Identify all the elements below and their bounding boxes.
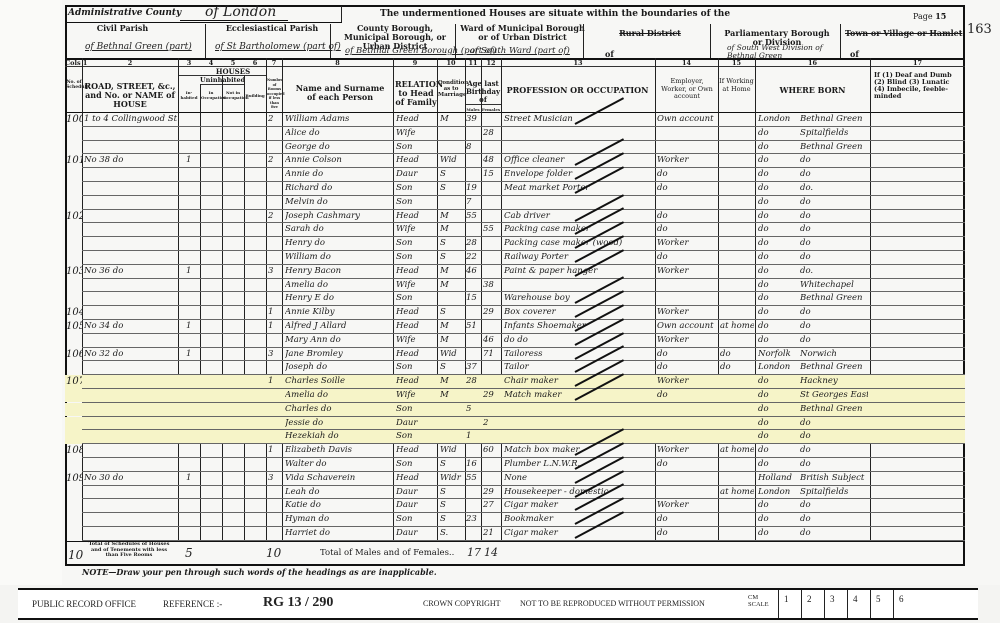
birth-place: do — [800, 320, 868, 333]
rural-district-label: Rural District — [600, 29, 700, 38]
age-female: 71 — [483, 348, 500, 361]
working-at-home — [720, 141, 754, 154]
birth-county: do — [758, 513, 798, 526]
working-at-home — [720, 279, 754, 292]
marital-condition: M — [440, 113, 464, 126]
birth-place: do — [800, 334, 868, 347]
rooms-count — [268, 458, 282, 471]
infirmity — [872, 292, 962, 305]
relation: Son — [396, 430, 436, 443]
schedule-number — [66, 223, 82, 236]
employment-status — [657, 417, 717, 430]
relation: Son — [396, 403, 436, 416]
scale-mark: 6 — [893, 590, 915, 618]
age-female — [483, 141, 500, 154]
birth-county: London — [758, 486, 798, 499]
marital-condition: S. — [440, 527, 464, 540]
schedule-number — [66, 417, 82, 430]
census-row: 106No 32 do13Jane BromleyHeadWid71Tailor… — [65, 348, 965, 361]
females-total: 14 — [484, 546, 498, 559]
age-male — [466, 348, 481, 361]
relation: Wife — [396, 279, 436, 292]
rooms-count — [268, 196, 282, 209]
working-at-home — [720, 168, 754, 181]
address: No 36 do — [84, 265, 178, 278]
age-female — [483, 113, 500, 126]
address — [84, 237, 178, 250]
birth-county: London — [758, 361, 798, 374]
civil-parish-value: of Bethnal Green (part) — [85, 42, 192, 52]
employment-status: Own account — [657, 320, 717, 333]
occupation — [504, 417, 654, 430]
person-name: Elizabeth Davis — [285, 444, 392, 457]
employment-status — [657, 279, 717, 292]
census-row: Hyman doSonS23Bookmakerdododo — [65, 513, 965, 526]
birth-county: London — [758, 113, 798, 126]
schedule-number — [66, 182, 82, 195]
census-row: Harriet doDaurS.21Cigar makerdododo — [65, 527, 965, 540]
schedule-number — [66, 141, 82, 154]
birth-county: do — [758, 182, 798, 195]
inhabited-count: 1 — [186, 472, 198, 485]
working-at-home — [720, 154, 754, 167]
census-row: Melvin doSon7dodo — [65, 196, 965, 209]
infirmity — [872, 472, 962, 485]
infirmity — [872, 141, 962, 154]
col-occupation-header: PROFESSION OR OCCUPATION — [505, 86, 650, 95]
employment-status — [657, 141, 717, 154]
age-female: 2 — [483, 417, 500, 430]
employment-status: Worker — [657, 444, 717, 457]
census-row: Annie doDaurS15Envelope folderdododo — [65, 168, 965, 181]
person-name: William do — [285, 251, 392, 264]
inhabited-count — [186, 223, 198, 236]
relation: Daur — [396, 527, 436, 540]
person-name: George do — [285, 141, 392, 154]
birth-county: do — [758, 458, 798, 471]
age-female: 21 — [483, 527, 500, 540]
employment-status — [657, 430, 717, 443]
working-at-home — [720, 223, 754, 236]
infirmity — [872, 430, 962, 443]
relation: Son — [396, 141, 436, 154]
person-name: Hezekiah do — [285, 430, 392, 443]
schedule-total: 10 — [68, 548, 83, 562]
age-female — [483, 237, 500, 250]
birth-place: do — [800, 513, 868, 526]
working-at-home — [720, 389, 754, 402]
scale-mark: 3 — [824, 590, 846, 618]
age-male: 1 — [466, 430, 481, 443]
birth-county: do — [758, 196, 798, 209]
working-at-home — [720, 472, 754, 485]
column-number: 8 — [282, 59, 393, 68]
schedule-number: 102 — [66, 210, 82, 223]
inhabited-count — [186, 127, 198, 140]
inhabited-count — [186, 417, 198, 430]
schedule-number — [66, 361, 82, 374]
person-name: Alfred J Allard — [285, 320, 392, 333]
employment-status: Worker — [657, 237, 717, 250]
relation: Head — [396, 210, 436, 223]
column-number: 3 — [178, 59, 200, 68]
rooms-count — [268, 499, 282, 512]
employment-status — [657, 486, 717, 499]
person-name: Joseph do — [285, 361, 392, 374]
census-row: 101No 38 do12Annie ColsonHeadWid48Office… — [65, 154, 965, 167]
census-row: Katie doDaurS27Cigar makerWorkerdodo — [65, 499, 965, 512]
rooms-count — [268, 141, 282, 154]
age-female: 29 — [483, 486, 500, 499]
occupation: Tailoress — [504, 348, 654, 361]
rooms-count — [268, 417, 282, 430]
working-at-home — [720, 292, 754, 305]
infirmity — [872, 375, 962, 388]
birth-place: Norwich — [800, 348, 868, 361]
age-female: 60 — [483, 444, 500, 457]
col-schedule-header: No. of Schedule — [66, 80, 82, 90]
employment-status — [657, 196, 717, 209]
relation: Daur — [396, 417, 436, 430]
schedule-number — [66, 486, 82, 499]
inhabited-count — [186, 458, 198, 471]
age-female: 29 — [483, 389, 500, 402]
column-number: 10 — [437, 59, 465, 68]
infirmity — [872, 320, 962, 333]
person-name: Charles Soille — [285, 375, 392, 388]
rooms-count — [268, 527, 282, 540]
birth-county: do — [758, 141, 798, 154]
age-male: 28 — [466, 237, 481, 250]
column-number: 16 — [755, 59, 870, 68]
rooms-total: 10 — [266, 546, 281, 560]
relation: Son — [396, 182, 436, 195]
birth-county: do — [758, 444, 798, 457]
marital-condition — [440, 292, 464, 305]
rooms-count — [268, 168, 282, 181]
birth-place: do. — [800, 265, 868, 278]
rooms-count — [268, 430, 282, 443]
birth-place: do — [800, 168, 868, 181]
birth-county: do — [758, 417, 798, 430]
schedule-number: 105 — [66, 320, 82, 333]
inhabited-count — [186, 292, 198, 305]
age-male — [466, 499, 481, 512]
age-female: 28 — [483, 127, 500, 140]
address: No 30 do — [84, 472, 178, 485]
census-row: 103No 36 do13Henry BaconHeadM46Paint & p… — [65, 265, 965, 278]
age-female — [483, 472, 500, 485]
rooms-count — [268, 127, 282, 140]
employment-status: do — [657, 210, 717, 223]
infirmity — [872, 279, 962, 292]
marital-condition: Widr — [440, 472, 464, 485]
census-row: Henry doSonS28Packing case maker (wood)W… — [65, 237, 965, 250]
birth-place: Bethnal Green — [800, 403, 868, 416]
schedule-number: 104 — [66, 306, 82, 319]
age-male: 37 — [466, 361, 481, 374]
record-office-label: PUBLIC RECORD OFFICE — [32, 599, 136, 609]
birth-place: do — [800, 430, 868, 443]
marital-condition: M — [440, 223, 464, 236]
schedule-number — [66, 292, 82, 305]
employment-status: Worker — [657, 499, 717, 512]
birth-place: do. — [800, 182, 868, 195]
employment-status: do — [657, 223, 717, 236]
column-number: 15 — [718, 59, 755, 68]
relation: Wife — [396, 389, 436, 402]
inhabited-count — [186, 306, 198, 319]
inhabited-count — [186, 168, 198, 181]
inhabited-count: 1 — [186, 348, 198, 361]
marital-condition: M — [440, 334, 464, 347]
working-at-home — [720, 334, 754, 347]
relation: Son — [396, 237, 436, 250]
rooms-count — [268, 389, 282, 402]
census-row: 105No 34 do11Alfred J AllardHeadM51Infan… — [65, 320, 965, 333]
birth-county: do — [758, 265, 798, 278]
employment-status: Worker — [657, 334, 717, 347]
census-row: Charles doSon5doBethnal Green — [65, 403, 965, 416]
census-row: 1071Charles SoilleHeadM28Chair makerWork… — [65, 375, 965, 388]
inhabited-count: 1 — [186, 265, 198, 278]
address — [84, 361, 178, 374]
infirmity — [872, 403, 962, 416]
occupation: Cab driver — [504, 210, 654, 223]
relation: Wife — [396, 334, 436, 347]
occupation — [504, 403, 654, 416]
reference-label: REFERENCE :- — [163, 599, 222, 609]
inhabited-count — [186, 430, 198, 443]
person-name: Amelia do — [285, 279, 392, 292]
birth-place: Spitalfields — [800, 486, 868, 499]
rooms-count — [268, 334, 282, 347]
birth-place: Hackney — [800, 375, 868, 388]
address — [84, 486, 178, 499]
person-name: Alice do — [285, 127, 392, 140]
scale-mark: 4 — [847, 590, 869, 618]
census-row: Joseph doSonS37TailordodoLondonBethnal G… — [65, 361, 965, 374]
persons-total-label: Total of Males and of Females.. — [320, 548, 454, 558]
person-name: Richard do — [285, 182, 392, 195]
birth-place: do — [800, 154, 868, 167]
rooms-count: 2 — [268, 210, 282, 223]
birth-county: do — [758, 279, 798, 292]
employment-status — [657, 127, 717, 140]
census-row: Amelia doWifeM29Match makerdodoSt George… — [65, 389, 965, 402]
working-at-home — [720, 251, 754, 264]
relation: Head — [396, 375, 436, 388]
working-at-home — [720, 499, 754, 512]
infirmity — [872, 113, 962, 126]
males-total: 17 — [467, 546, 481, 559]
age-female: 48 — [483, 154, 500, 167]
birth-county: do — [758, 251, 798, 264]
inhabited-count — [186, 251, 198, 264]
employment-status: Worker — [657, 154, 717, 167]
schedule-number: 103 — [66, 265, 82, 278]
person-name: Joseph Cashmary — [285, 210, 392, 223]
birth-place: do — [800, 417, 868, 430]
person-name: Walter do — [285, 458, 392, 471]
infirmity — [872, 251, 962, 264]
census-row: Henry E doSon15Warehouse boydoBethnal Gr… — [65, 292, 965, 305]
age-female — [483, 361, 500, 374]
person-name: Jessie do — [285, 417, 392, 430]
page-label: Page 15 — [913, 11, 946, 21]
infirmity — [872, 127, 962, 140]
admin-county-label: Administrative County — [68, 8, 181, 18]
schedule-number — [66, 389, 82, 402]
birth-place: do — [800, 499, 868, 512]
infirmity — [872, 458, 962, 471]
address — [84, 292, 178, 305]
col-address-header: ROAD, STREET, &c., and No. or NAME of HO… — [84, 82, 176, 109]
birth-place: do — [800, 306, 868, 319]
age-male: 46 — [466, 265, 481, 278]
birth-place: do — [800, 196, 868, 209]
schedule-number: 101 — [66, 154, 82, 167]
rooms-count — [268, 251, 282, 264]
rooms-count: 3 — [268, 265, 282, 278]
marital-condition: M — [440, 210, 464, 223]
infirmity — [872, 444, 962, 457]
infirmity — [872, 417, 962, 430]
age-male: 7 — [466, 196, 481, 209]
schedule-number — [66, 499, 82, 512]
inhabited-count — [186, 444, 198, 457]
schedule-number: 107 — [66, 375, 82, 388]
inhabited-count — [186, 361, 198, 374]
infirmity — [872, 154, 962, 167]
employment-status: Worker — [657, 265, 717, 278]
person-name: Mary Ann do — [285, 334, 392, 347]
infirmity — [872, 210, 962, 223]
working-at-home — [720, 210, 754, 223]
age-female — [483, 458, 500, 471]
address — [84, 389, 178, 402]
census-row: Leah doDaurS29Housekeeper - domesticat h… — [65, 486, 965, 499]
schedule-number — [66, 237, 82, 250]
census-page: 163 Administrative County of London The … — [0, 0, 1000, 585]
address — [84, 210, 178, 223]
rooms-count — [268, 403, 282, 416]
schedule-number — [66, 168, 82, 181]
age-female — [483, 182, 500, 195]
working-at-home: at home — [720, 320, 754, 333]
working-at-home — [720, 127, 754, 140]
person-name: William Adams — [285, 113, 392, 126]
address — [84, 499, 178, 512]
infirmity — [872, 486, 962, 499]
birth-place: do — [800, 251, 868, 264]
age-male — [466, 223, 481, 236]
infirmity — [872, 306, 962, 319]
age-male: 19 — [466, 182, 481, 195]
age-female — [483, 265, 500, 278]
person-name: Hyman do — [285, 513, 392, 526]
working-at-home: at home — [720, 486, 754, 499]
birth-place: do — [800, 237, 868, 250]
copyright-label: CROWN COPYRIGHT — [423, 599, 501, 608]
employment-status — [657, 403, 717, 416]
employment-status: do — [657, 168, 717, 181]
address — [84, 527, 178, 540]
address: 1 to 4 Collingwood St Court — [84, 113, 178, 126]
occupation — [504, 196, 654, 209]
inhabited-count: 1 — [186, 320, 198, 333]
age-male — [466, 279, 481, 292]
marital-condition — [440, 196, 464, 209]
rooms-count — [268, 292, 282, 305]
inhabited-count — [186, 196, 198, 209]
address — [84, 223, 178, 236]
schedule-number: 106 — [66, 348, 82, 361]
age-male — [466, 127, 481, 140]
inhabited-count — [186, 403, 198, 416]
relation: Head — [396, 472, 436, 485]
relation: Head — [396, 320, 436, 333]
rooms-count: 1 — [268, 306, 282, 319]
schedule-number — [66, 403, 82, 416]
working-at-home — [720, 306, 754, 319]
census-row: Walter doSonS16Plumber L.N.W.R.dododo — [65, 458, 965, 471]
age-female — [483, 292, 500, 305]
relation: Daur — [396, 168, 436, 181]
birth-county: do — [758, 430, 798, 443]
person-name: Jane Bromley — [285, 348, 392, 361]
age-male — [466, 486, 481, 499]
infirmity — [872, 527, 962, 540]
houses-total: 5 — [185, 546, 193, 560]
birth-place: do — [800, 210, 868, 223]
marital-condition: M — [440, 265, 464, 278]
infirmity — [872, 223, 962, 236]
marital-condition: S — [440, 513, 464, 526]
age-male: 16 — [466, 458, 481, 471]
schedule-number — [66, 430, 82, 443]
infirmity — [872, 389, 962, 402]
marital-condition: M — [440, 320, 464, 333]
address — [84, 141, 178, 154]
col-where-born-header: WHERE BORN — [760, 86, 865, 95]
rooms-count: 1 — [268, 320, 282, 333]
age-male: 39 — [466, 113, 481, 126]
col-working-home-header: If Working at Home — [719, 78, 754, 93]
age-female — [483, 430, 500, 443]
age-male: 55 — [466, 472, 481, 485]
working-at-home — [720, 196, 754, 209]
person-name: Henry do — [285, 237, 392, 250]
census-row: 1081Elizabeth DavisHeadWid60Match box ma… — [65, 444, 965, 457]
rooms-count: 2 — [268, 154, 282, 167]
working-at-home — [720, 430, 754, 443]
address — [84, 458, 178, 471]
age-female — [483, 251, 500, 264]
infirmity — [872, 196, 962, 209]
address: No 34 do — [84, 320, 178, 333]
age-male — [466, 389, 481, 402]
census-row: Sarah doWifeM55Packing case makerdododo — [65, 223, 965, 236]
schedule-number — [66, 251, 82, 264]
person-name: Vida Schaverein — [285, 472, 392, 485]
column-number: 17 — [870, 59, 965, 68]
relation: Daur — [396, 499, 436, 512]
age-male: 51 — [466, 320, 481, 333]
marital-condition: S — [440, 237, 464, 250]
birth-county: do — [758, 292, 798, 305]
town-label: Town or Village or Hamlet — [845, 29, 960, 38]
